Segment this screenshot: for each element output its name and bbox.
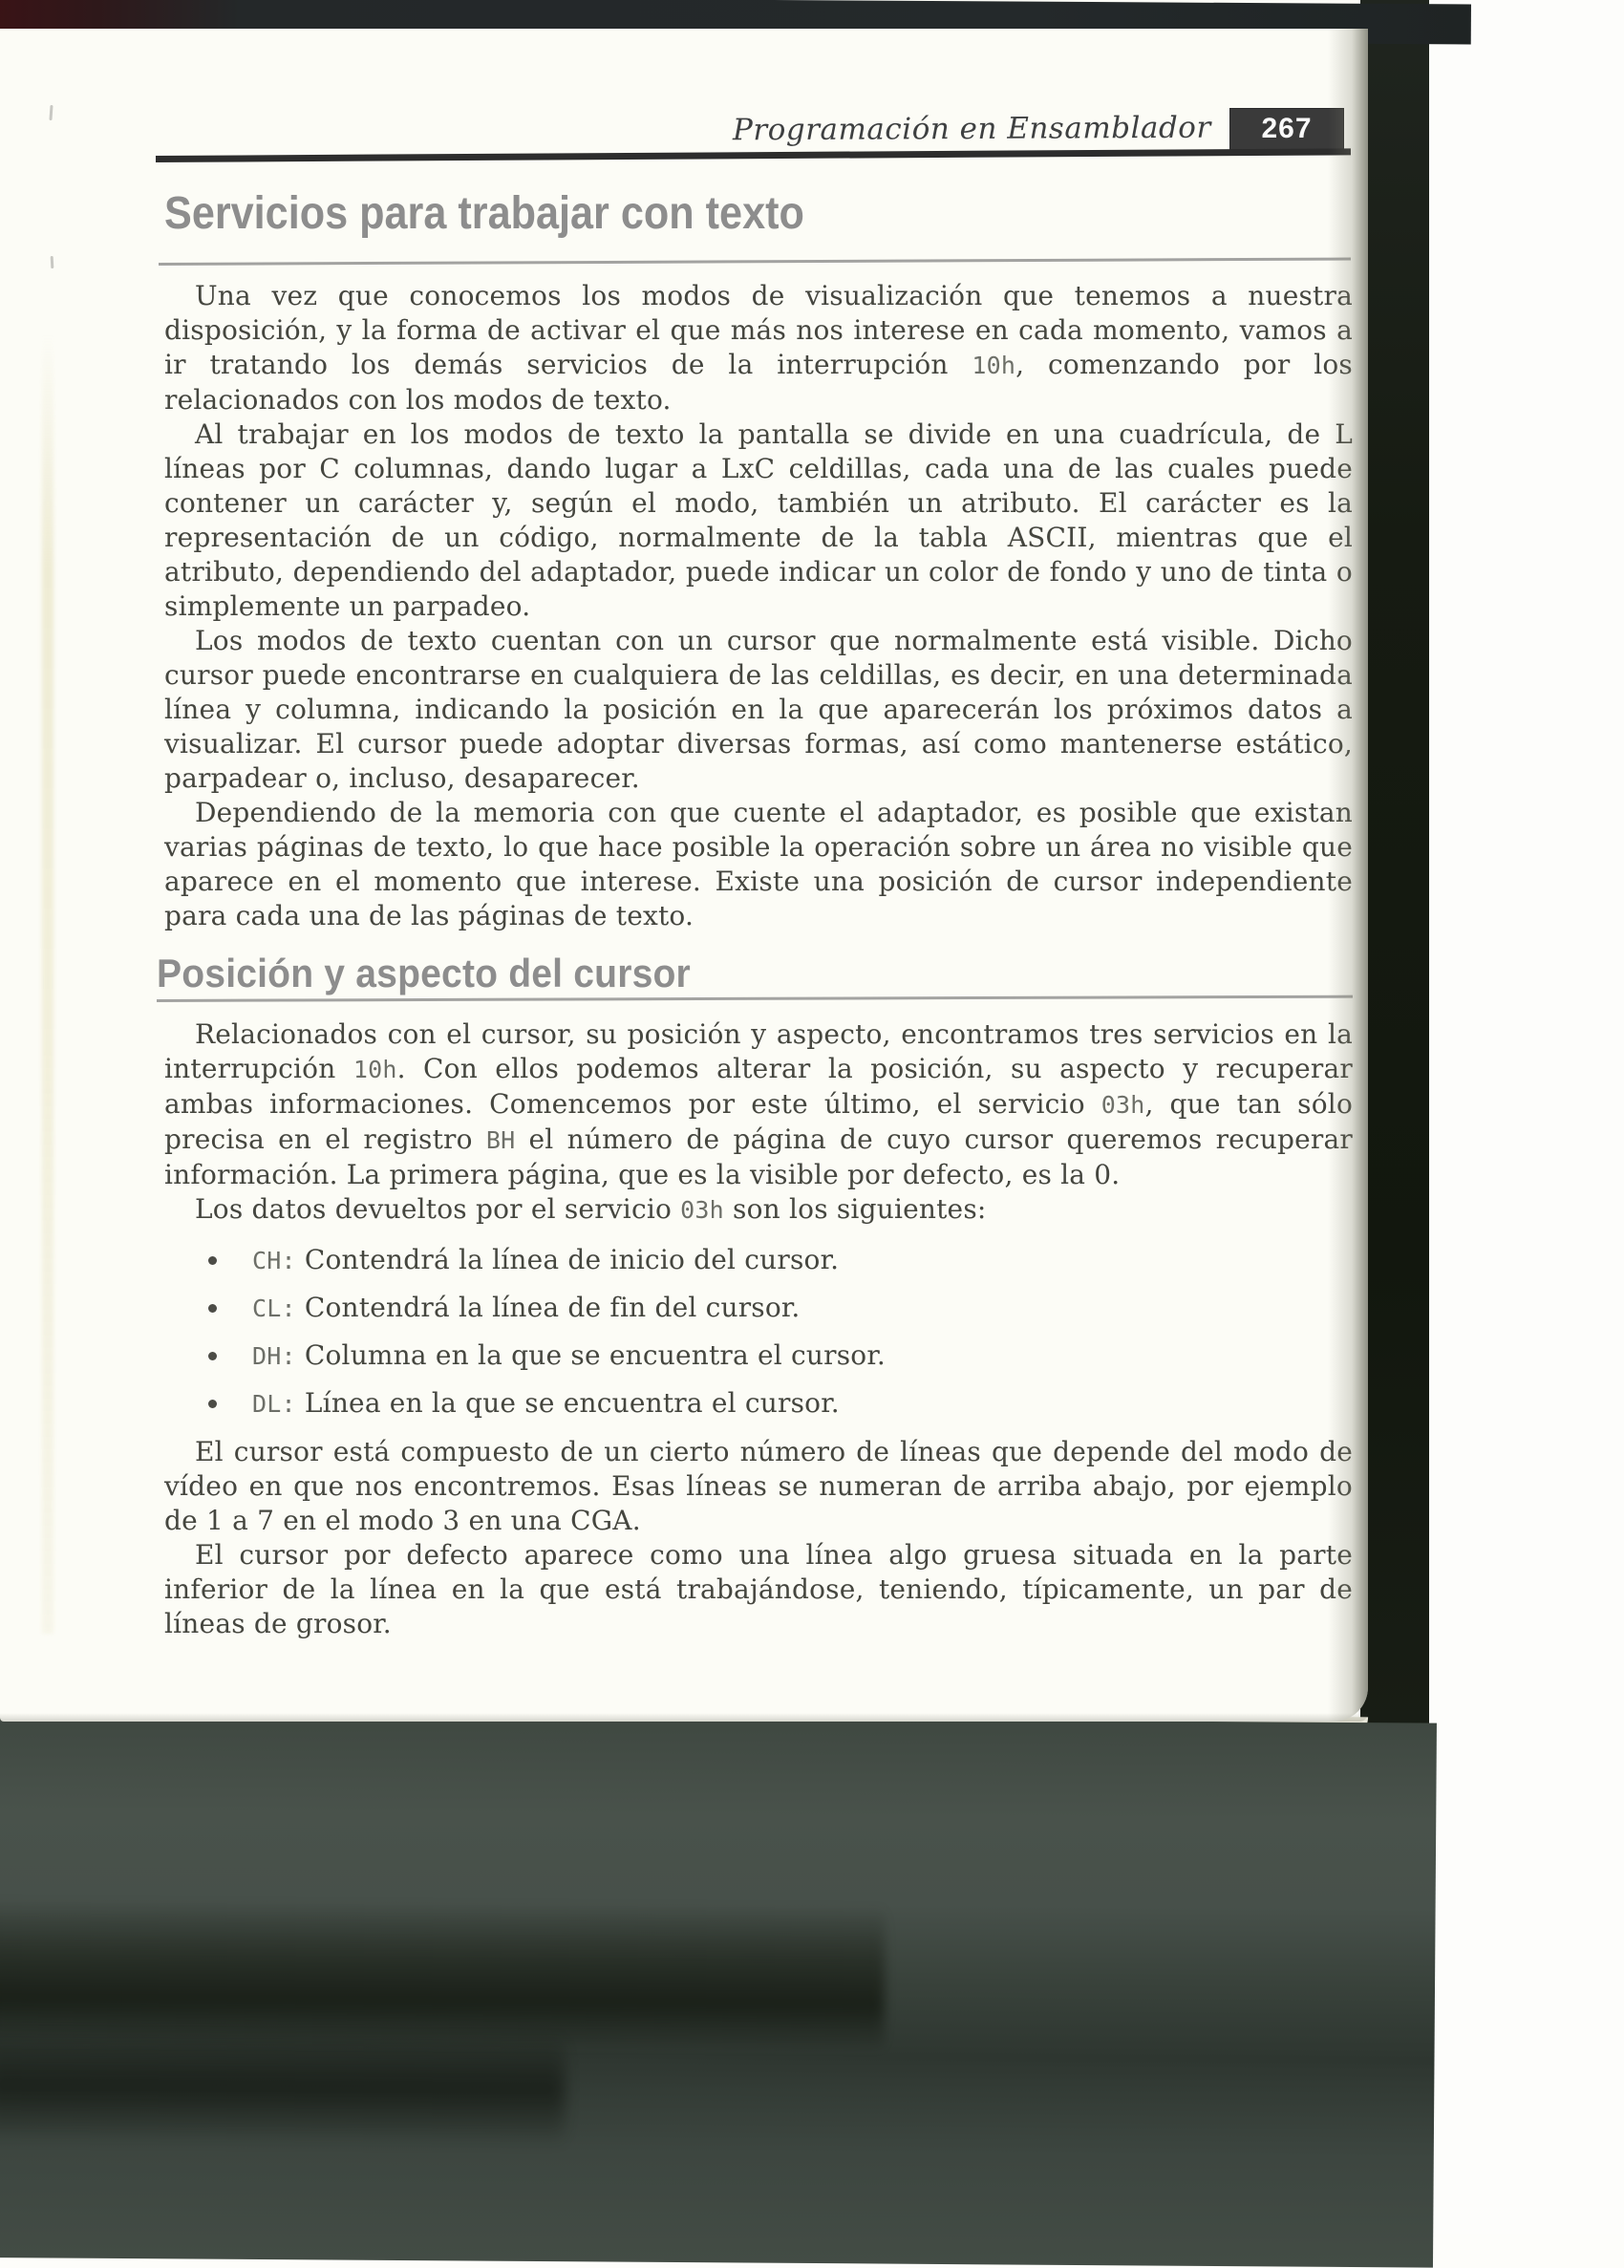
page-header: Programación en Ensamblador 267 bbox=[733, 109, 1343, 149]
inline-code: CL: bbox=[252, 1294, 296, 1322]
inline-code: 10h bbox=[353, 1056, 397, 1083]
cover-shadow-streak bbox=[0, 2028, 566, 2147]
scanned-book-page: Programación en Ensamblador 267 Servicio… bbox=[0, 0, 1624, 2234]
body-text-column: Una vez que conocemos los modos de visua… bbox=[164, 279, 1353, 1641]
chapter-title: Servicios para trabajar con texto bbox=[164, 187, 804, 240]
inline-code: 10h bbox=[972, 352, 1015, 379]
inline-code: DH: bbox=[252, 1342, 296, 1370]
paragraph: Los modos de texto cuentan con un cursor… bbox=[164, 624, 1353, 796]
paragraph: Los datos devueltos por el servicio 03h … bbox=[164, 1192, 1353, 1228]
inline-code: 03h bbox=[680, 1196, 724, 1224]
paragraph: Una vez que conocemos los modos de visua… bbox=[164, 279, 1353, 417]
paragraph: Relacionados con el cursor, su posición … bbox=[164, 1017, 1353, 1192]
cover-shadow-streak bbox=[0, 1899, 886, 2049]
title-underline bbox=[159, 258, 1351, 266]
closing-paragraphs: El cursor está compuesto de un cierto nú… bbox=[164, 1435, 1353, 1641]
register-bullet-list: CH: Contendrá la línea de inicio del cur… bbox=[164, 1243, 1353, 1422]
section-heading-block: Posición y aspecto del cursor bbox=[157, 956, 1353, 1002]
register-list-item: CH: Contendrá la línea de inicio del cur… bbox=[164, 1243, 1353, 1278]
intro-paragraphs: Una vez que conocemos los modos de visua… bbox=[164, 279, 1353, 933]
inline-code: BH bbox=[486, 1126, 516, 1154]
paragraph: Al trabajar en los modos de texto la pan… bbox=[164, 417, 1353, 624]
inline-code: 03h bbox=[1101, 1091, 1145, 1119]
book-page-edges bbox=[1360, 0, 1429, 1796]
book-page: Programación en Ensamblador 267 Servicio… bbox=[0, 29, 1368, 1722]
section-heading: Posición y aspecto del cursor bbox=[157, 956, 1269, 991]
page-crease bbox=[42, 334, 53, 1634]
scanner-background bbox=[1427, 0, 1624, 2234]
paragraph: Dependiendo de la memoria con que cuente… bbox=[164, 796, 1353, 933]
scan-smudge bbox=[51, 256, 54, 268]
scan-smudge bbox=[49, 105, 53, 120]
header-rule bbox=[156, 148, 1351, 162]
register-list-item: DL: Línea en la que se encuentra el curs… bbox=[164, 1386, 1353, 1422]
section-heading-underline bbox=[157, 995, 1353, 1002]
book-cover-shadow bbox=[0, 1713, 1437, 2234]
paragraph: El cursor por defecto aparece como una l… bbox=[164, 1538, 1353, 1641]
section-paragraphs: Relacionados con el cursor, su posición … bbox=[164, 1017, 1353, 1228]
register-list-item: CL: Contendrá la línea de fin del cursor… bbox=[164, 1291, 1353, 1326]
paragraph: El cursor está compuesto de un cierto nú… bbox=[164, 1435, 1353, 1538]
inline-code: DL: bbox=[252, 1390, 296, 1418]
register-list-item: DH: Columna en la que se encuentra el cu… bbox=[164, 1338, 1353, 1374]
page-number-badge: 267 bbox=[1230, 109, 1343, 149]
inline-code: CH: bbox=[252, 1247, 296, 1274]
running-title: Programación en Ensamblador bbox=[733, 111, 1211, 148]
